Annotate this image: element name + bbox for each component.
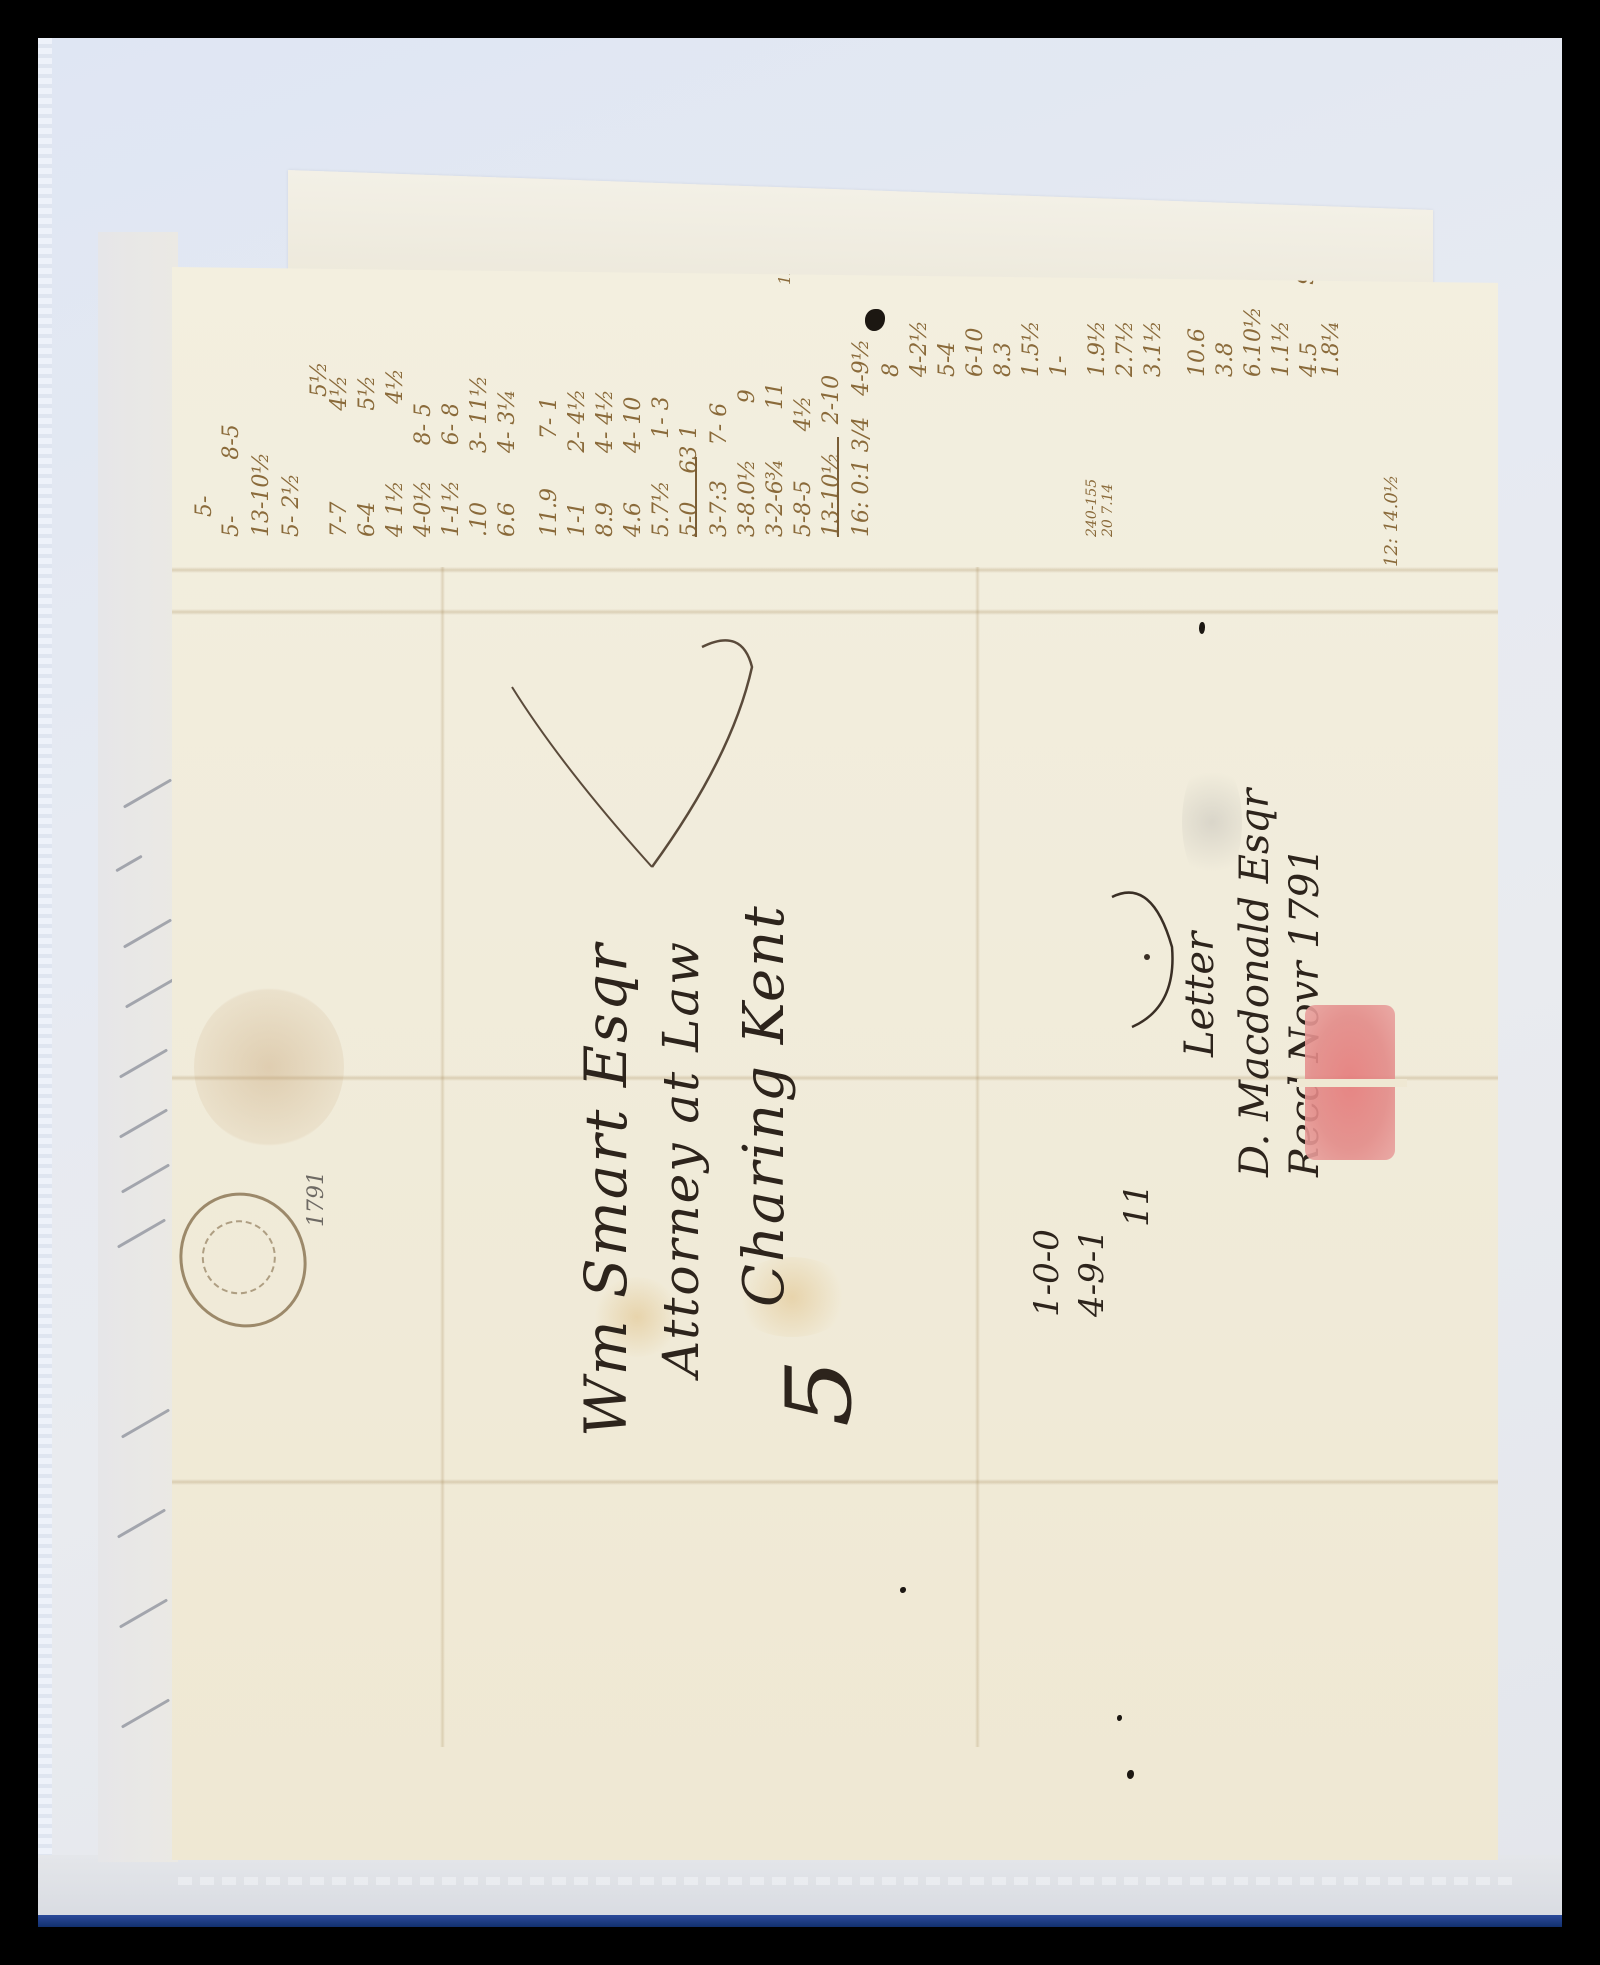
charge-figure: 1-0-0 [1027,1229,1067,1317]
ink-speck [1199,622,1205,634]
ledger-entry: 63 1 [677,425,702,474]
ledger-row: 5- 2½ [277,473,307,537]
ledger-entry: 6-10 [961,328,991,377]
show-through-stroke [125,978,174,1008]
ledger-entry: 13-10½ [249,452,274,537]
ledger-row: 13-10½ [247,452,277,537]
ledger-row: 6.6 4- 3¼ [493,389,523,537]
letter-sheet: 1791 5- 5- 8-5 13-10½ 5- 2½ 5½ 7-7 4½ 6-… [172,267,1498,1860]
ledger-row: 3-2-6¾ 11 [761,382,791,537]
show-through-stroke [119,1108,168,1138]
ledger-row: 5.7½ 1- 3 [647,396,677,537]
ledger-entry: 7- 1 [537,397,562,439]
charge-figure: 4-9-1 [1072,1229,1112,1317]
ledger-row: 4.6 4- 10 [619,397,649,537]
ledger-entry: 2.7½ [1111,321,1141,377]
ledger-total-rule [837,437,839,537]
ledger-entry: 3-7:3 [707,480,732,537]
ink-blot [865,309,885,331]
ledger-entry: 3-8.0½ [735,459,760,537]
ledger-entry: 4-0½ [411,480,436,537]
address-line-profession: Attorney at Law [652,940,710,1377]
ledger-row: 1-1½ 6- 8 [437,403,467,537]
ledger-entry: .10 [467,502,492,537]
ledger-row: 4-0½ 8- 5 [409,403,439,537]
ledger-row: 6-4 5½ [353,375,383,537]
ledger-entry: 4.6 [621,502,646,537]
sleeve-binder-edge [38,38,52,1927]
address-line-name: Wm Smart Esqr [572,942,640,1437]
ledger-entry: 13-10½ [819,452,844,537]
ledger-entry: 11 [763,382,788,410]
ledger-entry: 5- 2½ [279,473,304,537]
ledger-row: 4 1½ 4½ [381,368,411,537]
ledger-row: 3-8.0½ 9 [733,389,763,537]
ledger-entry: 5-0 [677,502,702,537]
ledger-entry: 11.9 [537,488,562,537]
postage-rate-mark: 5 [767,1358,872,1427]
ledger-entry: 4- 4½ [593,389,618,453]
ledger-entry: 1.8¼ [1317,321,1347,377]
ledger-row: 7-7 4½ [325,375,355,537]
ledger-entry: 5-4 [933,342,963,377]
ledger-row: 5- 8-5 [217,424,247,537]
ledger-entry: 6-4 [355,502,380,537]
ledger-entry: 5-8-5 [791,480,816,537]
ledger-entry: 7- 6 [707,403,732,445]
endorsement-type: Letter [1177,932,1223,1057]
fold-line-left [440,567,445,1747]
ledger-entry: 4-9½ [849,339,874,396]
ink-speck [1127,1770,1134,1779]
ledger-row: 5-0 63 1 [675,425,705,537]
ledger-entry: 5.7½ [649,481,674,537]
ledger-entry: 4½ [327,375,352,410]
ledger-row: 1-1 2- 4½ [563,389,593,537]
postmark [161,1175,326,1346]
sleeve-perforation [178,1877,1518,1885]
ledger-entry: 8.3 [989,342,1019,377]
ledger-entry: 1.1½ [1267,321,1297,377]
ledger-entry: 6.6 [495,502,520,537]
ink-speck [1117,1715,1122,1721]
ledger-entry: 5- [219,516,244,537]
ledger-entry: 1-1 [565,502,590,537]
address-line-town: Charing Kent [732,904,797,1307]
ledger-entry: 3- 11½ [467,375,492,453]
sleeve-blue-strip [38,1915,1562,1927]
ledger-entry: 16: 0:1 3/4 [849,417,874,537]
ink-speck [900,1587,906,1593]
ledger-row: 13-10½ 2-10 [817,375,847,537]
ledger-entry: 3.8 [1211,342,1241,377]
ledger-entry: 8 [877,363,907,377]
check-flourish-icon [502,627,762,887]
show-through-stroke [121,1408,170,1438]
ledger-entry: 6- 8 [439,403,464,445]
ledger-entry: 6.10½ [1239,307,1269,377]
ledger-entry: 5½ [355,375,380,410]
show-through-stroke [123,778,172,808]
show-through-stroke [119,1048,168,1078]
show-through-stroke [117,1218,166,1248]
ledger-entry: 3-2-6¾ [763,459,788,537]
ledger-entry: 8.9 [593,502,618,537]
ledger-entry: 4-2½ [905,320,935,377]
ledger-entry: 1-1½ [439,480,464,537]
ledger-entry: 4½ [383,368,408,403]
ledger-entry: 1.5½ [1017,321,1047,377]
endorsement-flourish-icon [1102,877,1182,1037]
ledger-entry: 7-7 [327,502,352,537]
year-note: 1791 [304,1171,329,1227]
sleeve-bottom-band [38,1855,1562,1915]
underlying-sheet-left [98,232,178,1862]
ledger-entry: 10.6 [1183,328,1213,377]
ledger-row: 3-7:3 7- 6 [705,403,735,537]
ledger-entry: 2- 4½ [565,389,590,453]
ledger-row: 16: 0:1 3/4 4-9½ [847,339,877,537]
show-through-stroke [123,918,172,948]
ledger-entry: 9 [735,389,760,403]
show-through-stroke [121,1163,170,1193]
endorsement-sender: D. Macdonald Esqr [1232,789,1278,1177]
ledger-entry: 1- [1045,356,1075,377]
ledger-entry: 4½ [791,396,816,431]
ledger-row: 5-8-5 4½ [789,396,819,537]
postmark-inner-ring [191,1210,286,1305]
ledger-entry: 8-5 [219,424,244,459]
ledger-row: 11.9 7- 1 [535,397,565,537]
show-through-stroke [121,1698,170,1728]
ledger-row: .10 3- 11½ [465,375,495,537]
ledger-sum-rule [695,457,697,537]
show-through-stroke [117,1508,166,1538]
fold-line-top [172,567,1498,573]
fold-line-top-2 [172,609,1498,615]
ledger-entry: 4 1½ [383,481,408,537]
ledger-block: 5- 8-5 13-10½ 5- 2½ 5½ 7-7 4½ 6-4 5½ 4 1… [217,287,1457,557]
ledger-entry: 2-10 [819,375,844,424]
fold-line-bottom [172,1479,1498,1485]
ledger-side-note: 20 7.14 [1093,484,1123,537]
ledger-entry: 4- 3¼ [495,389,520,453]
ledger-entry: 4- 10 [621,397,646,453]
ledger-row: 8.9 4- 4½ [591,389,621,537]
ledger-entry: 8- 5 [411,403,436,445]
show-through-stroke [115,855,142,873]
show-through-stroke [119,1598,168,1628]
ledger-entry: 3.1½ [1139,321,1169,377]
ledger-entry: 1- 3 [649,396,674,438]
fold-line-right [975,567,980,1747]
ledger-side-note: 12: 14.0½ [1377,475,1407,567]
seal-fold-split [1297,1079,1407,1087]
charge-figure: 11 [1117,1184,1157,1227]
ledger-entry: 1.9½ [1083,321,1113,377]
circular-stain [194,987,344,1147]
